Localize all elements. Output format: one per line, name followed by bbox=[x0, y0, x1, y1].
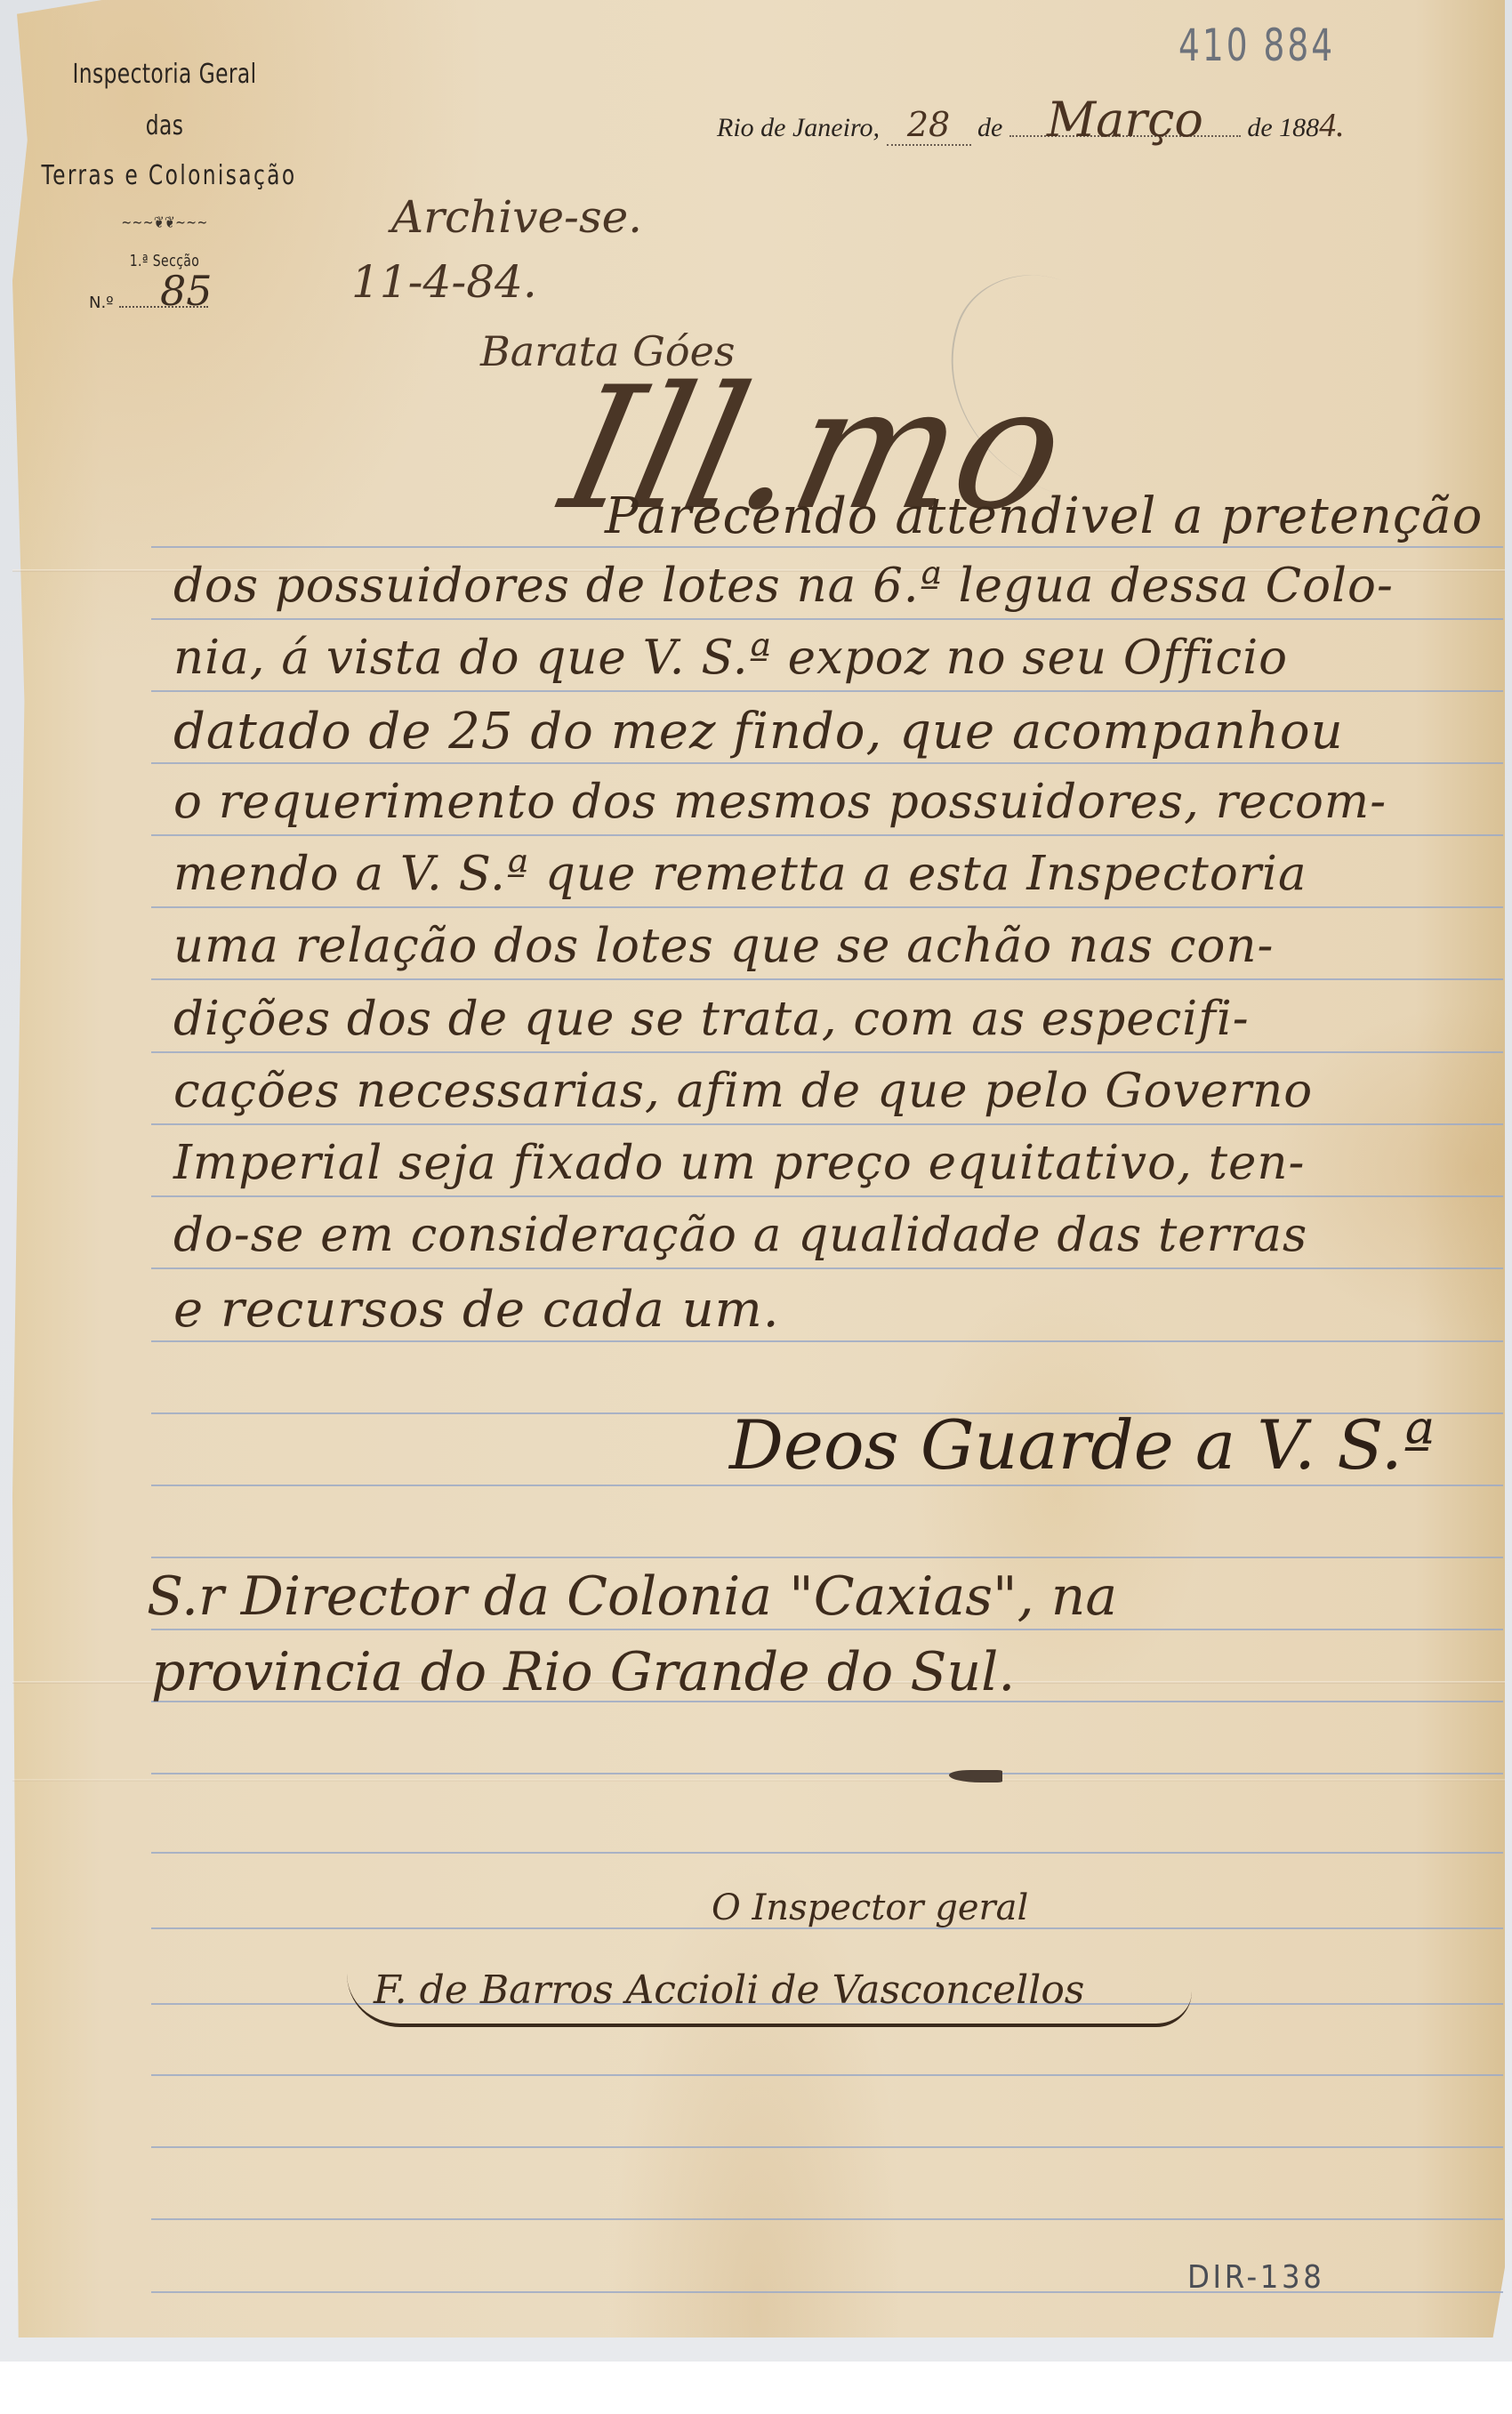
number-value: 85 bbox=[160, 267, 213, 315]
rule-line bbox=[151, 1852, 1503, 1854]
rule-line bbox=[151, 1123, 1503, 1125]
date-de-2: de bbox=[1247, 113, 1272, 142]
body-line: Imperial seja fixado um preço equitativo… bbox=[173, 1136, 1305, 1190]
rule-line bbox=[151, 2074, 1503, 2076]
rule-line bbox=[151, 1773, 1503, 1774]
paper-fold bbox=[12, 1779, 1505, 1782]
body-line: nia, á vista do que V. S.ª expoz no seu … bbox=[173, 631, 1288, 685]
date-year-handwritten: 4. bbox=[1319, 107, 1345, 144]
annotation-archive: Archive-se. bbox=[391, 191, 642, 243]
rule-line bbox=[151, 2146, 1503, 2148]
rule-line bbox=[151, 906, 1503, 908]
date-month: Março bbox=[1009, 105, 1241, 137]
rule-line bbox=[151, 834, 1503, 836]
rule-line bbox=[151, 2218, 1503, 2220]
signature-flourish bbox=[347, 1970, 1192, 2027]
body-line: datado de 25 do mez findo, que acompanho… bbox=[173, 703, 1344, 760]
dateline: Rio de Janeiro, 28 de Março de 1884. bbox=[717, 105, 1345, 146]
body-line: do-se em consideração a qualidade das te… bbox=[173, 1208, 1307, 1262]
letterhead-subtitle-das: das bbox=[50, 110, 278, 141]
ornament-icon: ~~~❦❦~~~ bbox=[50, 213, 278, 232]
rule-line bbox=[151, 1051, 1503, 1053]
rule-line bbox=[151, 1557, 1503, 1558]
body-line: o requerimento dos mesmos possuidores, r… bbox=[173, 775, 1387, 829]
letterhead-title: Inspectoria Geral bbox=[50, 59, 278, 90]
date-place: Rio de Janeiro, bbox=[717, 113, 880, 142]
body-line: dições dos de que se trata, com as espec… bbox=[173, 992, 1250, 1046]
date-day: 28 bbox=[887, 105, 971, 146]
body-line: uma relação dos lotes que se achão nas c… bbox=[173, 919, 1274, 973]
body-line: cações necessarias, afim de que pelo Gov… bbox=[173, 1064, 1313, 1118]
rule-line bbox=[151, 762, 1503, 764]
addressee-line: S.r Director da Colonia "Caxias", na bbox=[147, 1565, 1117, 1628]
rule-line bbox=[151, 1485, 1503, 1486]
body-line: Parecendo attendivel a pretenção bbox=[605, 487, 1483, 545]
annotation-date: 11-4-84. bbox=[351, 256, 537, 308]
letterhead-subtitle-terras: Terras e Colonisação bbox=[30, 160, 308, 191]
rule-line bbox=[151, 690, 1503, 692]
rule-line bbox=[151, 1195, 1503, 1197]
rule-line bbox=[151, 618, 1503, 620]
catalog-label: DIR-138 bbox=[1187, 2259, 1324, 2296]
signature-title: O Inspector geral bbox=[712, 1887, 1028, 1928]
body-line: dos possuidores de lotes na 6.ª legua de… bbox=[173, 559, 1394, 613]
body-line: mendo a V. S.ª que remetta a esta Inspec… bbox=[173, 847, 1307, 901]
date-year-printed: 188 bbox=[1279, 113, 1319, 142]
body-line: e recursos de cada um. bbox=[173, 1281, 780, 1339]
archive-number: 410 884 bbox=[1178, 20, 1335, 71]
rule-line bbox=[151, 1267, 1503, 1269]
addressee-line: provincia do Rio Grande do Sul. bbox=[151, 1641, 1015, 1703]
closing-formula: Deos Guarde a V. S.ª bbox=[729, 1405, 1435, 1485]
rule-line bbox=[151, 1629, 1503, 1630]
rule-line bbox=[151, 1340, 1503, 1342]
letterhead-number: N.º 85 bbox=[89, 294, 208, 312]
rule-line bbox=[151, 978, 1503, 980]
date-de-1: de bbox=[977, 113, 1002, 142]
number-label: N.º bbox=[89, 294, 114, 312]
